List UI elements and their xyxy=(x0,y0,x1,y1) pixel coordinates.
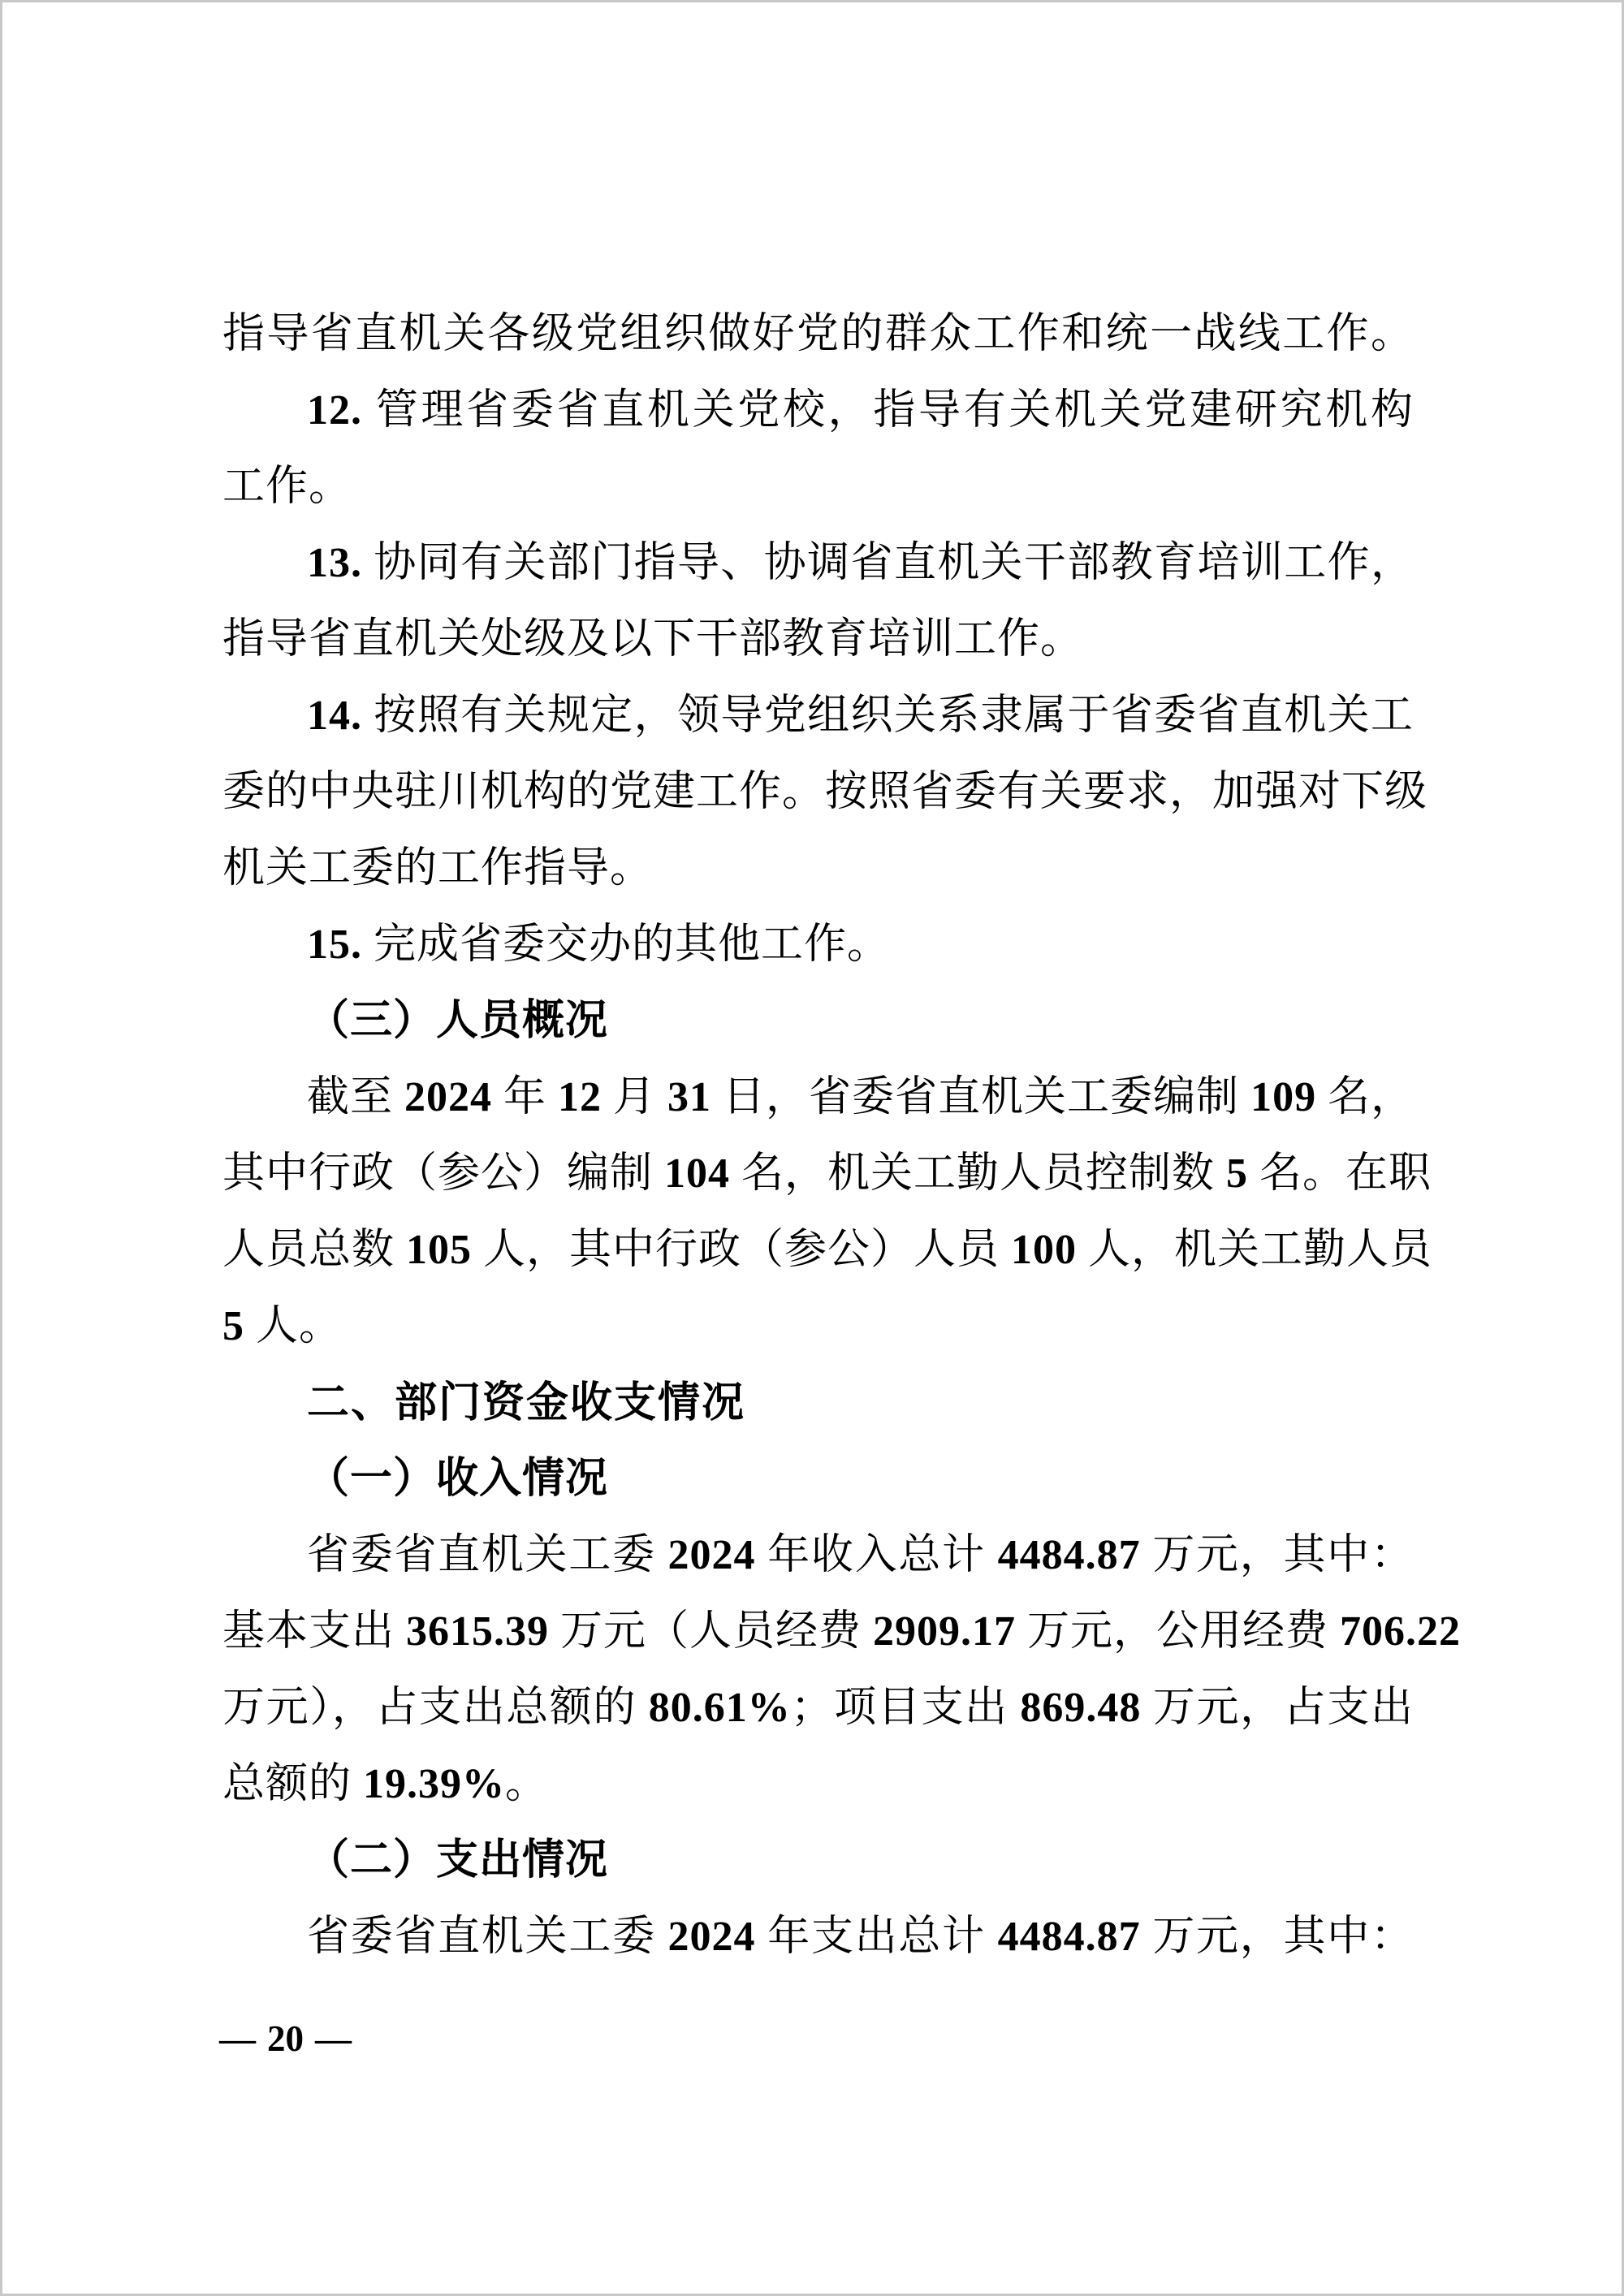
text-run: 名。在职 xyxy=(1248,1150,1432,1197)
bold-number-run: 12 xyxy=(558,1074,602,1120)
text-run: 省委省直机关工委 xyxy=(307,1532,668,1578)
text-run: 省委省直机关工委 xyxy=(307,1914,668,1960)
page-number: 20 xyxy=(267,2018,304,2059)
text-run: 管理省委省直机关党校，指导有关机关党建研究机构 xyxy=(376,387,1414,434)
subsection-heading: （一）收入情况 xyxy=(222,1441,1414,1517)
text-run: 其中行政（参公）编制 xyxy=(222,1150,664,1197)
bold-number-run: 706.22 xyxy=(1340,1608,1461,1655)
page-number-footer: —20— xyxy=(219,2018,352,2060)
footer-left-dash: — xyxy=(219,2018,256,2059)
subsection-heading: （三）人员概况 xyxy=(222,983,1414,1060)
text-run: 人，机关工勤人员 xyxy=(1077,1227,1432,1273)
body-text-line: 机关工委的工作指导。 xyxy=(222,831,1414,907)
body-text-line: 万元），占支出总额的 80.61%；项目支出 869.48 万元，占支出 xyxy=(222,1670,1414,1746)
body-text-line: 指导省直机关处级及以下干部教育培训工作。 xyxy=(222,602,1414,678)
text-run: 基本支出 xyxy=(222,1608,406,1655)
bold-number-run: 2909.17 xyxy=(873,1608,1016,1655)
bold-number-run: 109 xyxy=(1250,1074,1316,1120)
document-page: 指导省直机关各级党组织做好党的群众工作和统一战线工作。 12. 管理省委省直机关… xyxy=(0,0,1624,2296)
bold-number-run: 5 xyxy=(1226,1150,1248,1197)
text-run: 人，其中行政（参公）人员 xyxy=(472,1227,1011,1273)
subsection-heading: （二）支出情况 xyxy=(222,1823,1414,1899)
text-run: 总额的 xyxy=(222,1761,363,1807)
page-content: 指导省直机关各级党组织做好党的群众工作和统一战线工作。 12. 管理省委省直机关… xyxy=(222,296,1414,1975)
text-run: （一）收入情况 xyxy=(307,1456,608,1502)
bold-number-run: 105 xyxy=(406,1227,472,1273)
bold-number-run: 5 xyxy=(222,1303,244,1349)
body-text-line: 12. 管理省委省直机关党校，指导有关机关党建研究机构 xyxy=(222,373,1414,449)
bold-number-run: 14. xyxy=(307,693,374,739)
text-run: 协同有关部门指导、协调省直机关干部教育培训工作， xyxy=(374,540,1414,586)
body-text-line: 基本支出 3615.39 万元（人员经费 2909.17 万元，公用经费 706… xyxy=(222,1594,1414,1670)
body-text-line: 13. 协同有关部门指导、协调省直机关干部教育培训工作， xyxy=(222,525,1414,602)
text-run: 月 xyxy=(602,1074,667,1120)
text-run: ；项目支出 xyxy=(791,1685,1021,1731)
section-heading: 二、部门资金收支情况 xyxy=(222,1365,1414,1441)
text-run: （二）支出情况 xyxy=(307,1837,608,1884)
bold-number-run: 2024 xyxy=(668,1532,756,1578)
body-text-line: 人员总数 105 人，其中行政（参公）人员 100 人，机关工勤人员 xyxy=(222,1212,1414,1288)
text-run: 机关工委的工作指导。 xyxy=(222,845,653,891)
text-run: （三）人员概况 xyxy=(307,998,608,1044)
bold-number-run: 869.48 xyxy=(1020,1685,1141,1731)
text-run: 年收入总计 xyxy=(756,1532,998,1578)
bold-number-run: 104 xyxy=(664,1150,730,1197)
text-run: 万元（人员经费 xyxy=(549,1608,873,1655)
text-run: 截至 xyxy=(307,1074,404,1120)
bold-number-run: 12. xyxy=(307,387,376,434)
body-text-line: 工作。 xyxy=(222,449,1414,525)
bold-number-run: 31 xyxy=(667,1074,711,1120)
text-run: 指导省直机关各级党组织做好党的群众工作和统一战线工作。 xyxy=(222,311,1414,357)
body-text-line: 委的中央驻川机构的党建工作。按照省委有关要求，加强对下级 xyxy=(222,754,1414,831)
text-run: 人员总数 xyxy=(222,1227,406,1273)
bold-number-run: 80.61% xyxy=(649,1685,791,1731)
text-run: 万元，其中： xyxy=(1141,1914,1414,1960)
text-run: 万元，占支出 xyxy=(1141,1685,1414,1731)
body-text-line: 15. 完成省委交办的其他工作。 xyxy=(222,907,1414,983)
bold-number-run: 15. xyxy=(307,921,374,968)
text-run: 万元），占支出总额的 xyxy=(222,1685,649,1731)
text-run: 万元，其中： xyxy=(1141,1532,1414,1578)
text-run: 。 xyxy=(505,1761,548,1807)
text-run: 日，省委省直机关工委编制 xyxy=(711,1074,1250,1120)
text-run: 委的中央驻川机构的党建工作。按照省委有关要求，加强对下级 xyxy=(222,769,1427,815)
text-run: 完成省委交办的其他工作。 xyxy=(374,921,890,968)
bold-number-run: 4484.87 xyxy=(998,1914,1141,1960)
body-text-line: 省委省直机关工委 2024 年收入总计 4484.87 万元，其中： xyxy=(222,1517,1414,1594)
text-run: 万元，公用经费 xyxy=(1016,1608,1340,1655)
text-run: 人。 xyxy=(244,1303,342,1349)
text-run: 名，机关工勤人员控制数 xyxy=(730,1150,1226,1197)
bold-number-run: 2024 xyxy=(668,1914,756,1960)
footer-right-dash: — xyxy=(315,2018,352,2059)
text-run: 名， xyxy=(1316,1074,1414,1120)
bold-number-run: 3615.39 xyxy=(406,1608,549,1655)
bold-number-run: 19.39% xyxy=(363,1761,505,1807)
text-run: 年支出总计 xyxy=(756,1914,998,1960)
body-text-line: 省委省直机关工委 2024 年支出总计 4484.87 万元，其中： xyxy=(222,1899,1414,1975)
text-run: 按照有关规定，领导党组织关系隶属于省委省直机关工 xyxy=(374,693,1414,739)
bold-number-run: 100 xyxy=(1011,1227,1077,1273)
bold-number-run: 4484.87 xyxy=(998,1532,1141,1578)
body-text-line: 截至 2024 年 12 月 31 日，省委省直机关工委编制 109 名， xyxy=(222,1060,1414,1136)
body-text-line: 总额的 19.39%。 xyxy=(222,1746,1414,1823)
text-run: 工作。 xyxy=(222,464,352,510)
text-run: 年 xyxy=(492,1074,558,1120)
text-run: 二、部门资金收支情况 xyxy=(307,1379,745,1426)
bold-number-run: 13. xyxy=(307,540,374,586)
body-text-line: 14. 按照有关规定，领导党组织关系隶属于省委省直机关工 xyxy=(222,678,1414,754)
bold-number-run: 2024 xyxy=(404,1074,492,1120)
text-run: 指导省直机关处级及以下干部教育培训工作。 xyxy=(222,616,1083,662)
body-text-line: 其中行政（参公）编制 104 名，机关工勤人员控制数 5 名。在职 xyxy=(222,1136,1414,1212)
body-text-line: 指导省直机关各级党组织做好党的群众工作和统一战线工作。 xyxy=(222,296,1414,373)
body-text-line: 5 人。 xyxy=(222,1288,1414,1365)
